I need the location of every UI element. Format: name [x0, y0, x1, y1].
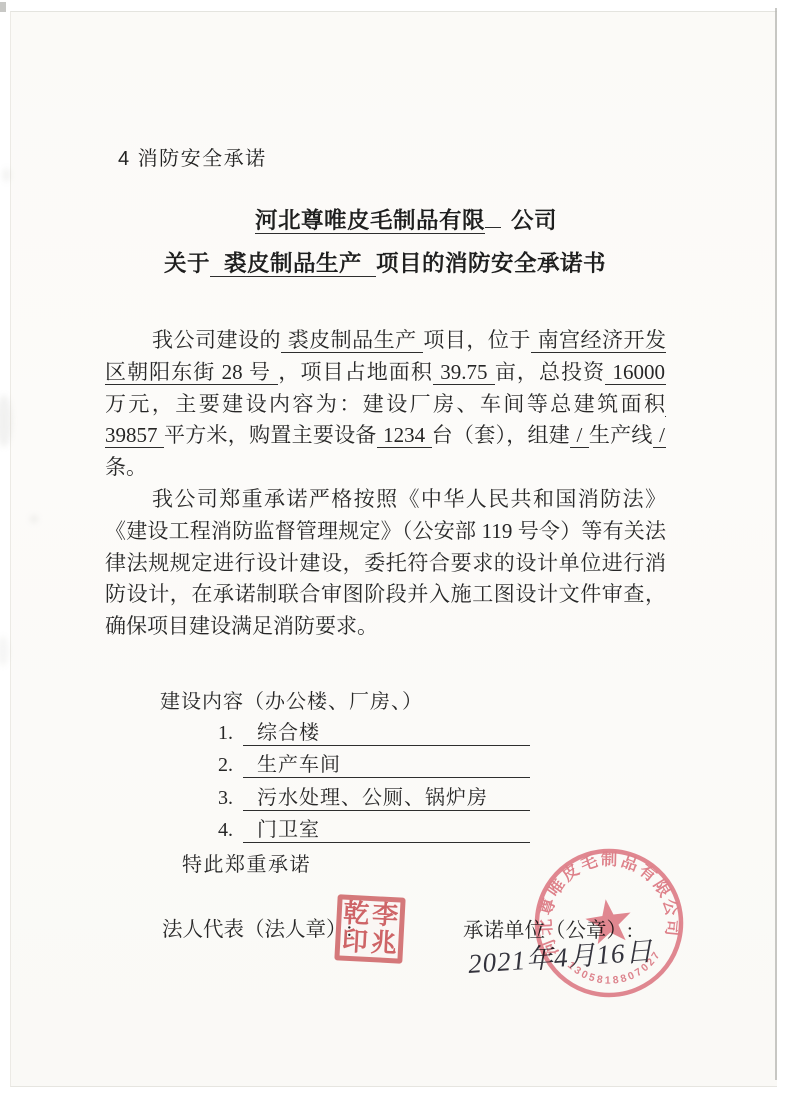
body-text: 平方米，购置主要设备: [164, 423, 377, 447]
construction-heading: 建设内容（办公楼、厂房、）: [160, 685, 423, 714]
document-title-company: 河北尊唯皮毛制品有限公司: [255, 203, 557, 235]
fill-in-equipment-count: 1234: [377, 423, 432, 448]
title-suffix: 项目的消防安全承诺书: [376, 251, 606, 276]
legal-rep-square-seal: 乾 李 印 兆: [334, 894, 405, 963]
legal-rep-label: 法人代表（法人章）:: [162, 912, 352, 942]
paragraph-commitment: 我公司郑重承诺严格按照《中华人民共和国消防法》《建设工程消防监督管理规定》（公安…: [105, 484, 666, 643]
item-number: 4.: [218, 819, 243, 842]
section-heading: 4 消防安全承诺: [118, 142, 267, 171]
scan-smudge: [2, 168, 11, 182]
body-text: ，项目占地面积: [278, 360, 433, 384]
body-text: 条。: [105, 455, 147, 479]
body-text: 生产线: [589, 423, 653, 447]
body-text: 台（套），组建: [432, 423, 570, 447]
construction-list: 1.综合楼 2.生产车间 3.污水处理、公厕、锅炉房 4.门卫室: [218, 716, 530, 846]
scan-smudge: [0, 636, 9, 666]
fill-in-slash: /: [653, 423, 666, 448]
construction-item: 1.综合楼: [218, 716, 530, 748]
construction-item: 2.生产车间: [218, 748, 530, 780]
scan-smudge: [30, 515, 38, 523]
construction-item: 3.污水处理、公厕、锅炉房: [218, 781, 530, 813]
item-number: 3.: [218, 787, 243, 810]
item-text-underlined: 污水处理、公厕、锅炉房: [243, 781, 530, 811]
item-text-underlined: 生产车间: [243, 748, 530, 778]
seal-number-text: 1305818807027: [564, 947, 667, 993]
paragraph-project-info: 我公司建设的 裘皮制品生产 项目，位于 南宫经济开发区朝阳东街 28 号 ，项目…: [105, 325, 666, 484]
project-name-underlined: 裘皮制品生产: [210, 251, 376, 277]
scan-corner-artifact: [0, 2, 6, 12]
scanned-document-page: 4 消防安全承诺 河北尊唯皮毛制品有限公司 关于裘皮制品生产项目的消防安全承诺书…: [0, 0, 800, 1100]
body-text: 万元，主要建设内容为：建设厂房、车间等总建筑面积: [105, 392, 665, 416]
fill-in-slash: /: [570, 423, 589, 448]
document-title-subject: 关于裘皮制品生产项目的消防安全承诺书: [164, 246, 606, 278]
fill-in-project-name: 裘皮制品生产: [281, 328, 423, 353]
fill-in-land-area: 39.75: [433, 360, 495, 385]
scan-edge-line: [775, 8, 777, 1080]
seal-char: 李: [370, 901, 400, 930]
item-number: 2.: [218, 754, 243, 777]
seal-char: 印: [340, 927, 370, 956]
company-round-seal: 河北尊唯皮毛制品有限公司 1305818807027: [509, 823, 709, 1023]
seal-char: 乾: [341, 900, 371, 929]
title-prefix: 关于: [164, 251, 210, 276]
company-suffix: 公司: [511, 208, 557, 233]
fill-in-investment: 16000: [605, 360, 666, 385]
closing-statement: 特此郑重承诺: [182, 848, 311, 877]
item-text-underlined: 综合楼: [243, 716, 530, 746]
seal-char: 兆: [369, 929, 399, 958]
body-text: 亩，总投资: [495, 360, 605, 384]
document-body: 我公司建设的 裘皮制品生产 项目，位于 南宫经济开发区朝阳东街 28 号 ，项目…: [105, 325, 666, 643]
seal-star-icon: [583, 896, 634, 945]
item-text-underlined: 门卫室: [243, 813, 530, 843]
blank-underline: [485, 227, 501, 228]
body-text: 项目，位于: [423, 328, 530, 352]
item-number: 1.: [218, 722, 243, 745]
body-text: 我公司建设的: [152, 328, 281, 352]
construction-item: 4.门卫室: [218, 813, 530, 845]
company-name-underlined: 河北尊唯皮毛制品有限: [255, 208, 485, 234]
